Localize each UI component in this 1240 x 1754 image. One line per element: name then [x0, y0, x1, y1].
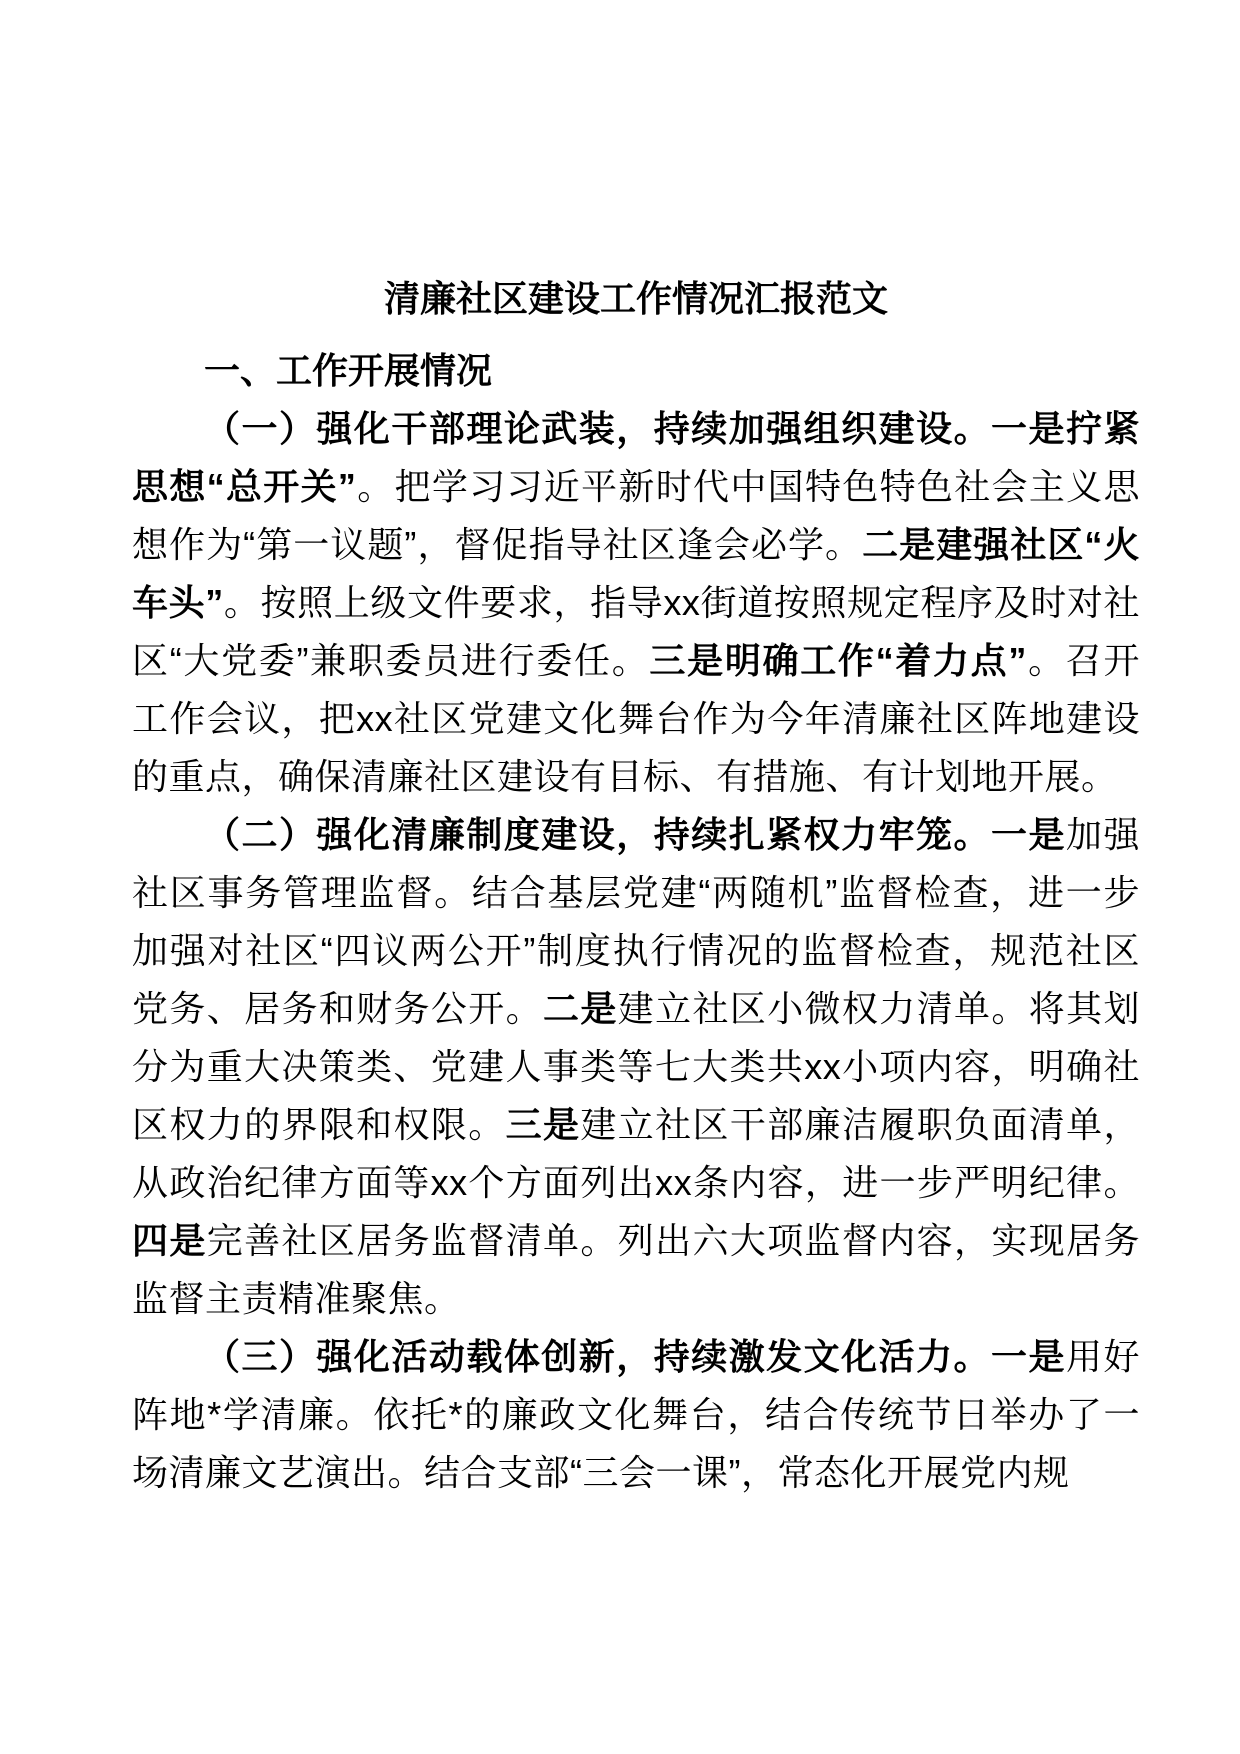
document-page: 清廉社区建设工作情况汇报范文 一、工作开展情况 （一）强化干部理论武装，持续加强…: [0, 0, 1240, 1754]
document-title: 清廉社区建设工作情况汇报范文: [132, 270, 1140, 328]
bold-text-run: 四是: [132, 1220, 207, 1261]
section-heading: 一、工作开展情况: [132, 342, 1140, 400]
bold-text-run: （二）强化清廉制度建设，持续扎紧权力牢笼。一是: [204, 814, 1066, 855]
paragraph: （二）强化清廉制度建设，持续扎紧权力牢笼。一是加强社区事务管理监督。结合基层党建…: [132, 806, 1140, 1328]
text-run: 完善社区居务监督清单。列出六大项监督内容，实现居务监督主责精准聚焦。: [132, 1220, 1140, 1319]
paragraph: （三）强化活动载体创新，持续激发文化活力。一是用好阵地*学清廉。依托*的廉政文化…: [132, 1328, 1140, 1502]
bold-text-run: 三是: [506, 1104, 581, 1145]
paragraph: （一）强化干部理论武装，持续加强组织建设。一是拧紧思想“总开关”。把学习习近平新…: [132, 400, 1140, 806]
bold-text-run: 三是明确工作“着力点”: [649, 640, 1026, 681]
paragraphs-container: （一）强化干部理论武装，持续加强组织建设。一是拧紧思想“总开关”。把学习习近平新…: [132, 400, 1140, 1502]
bold-text-run: 二是: [543, 988, 618, 1029]
bold-text-run: （三）强化活动载体创新，持续激发文化活力。一是: [204, 1336, 1066, 1377]
